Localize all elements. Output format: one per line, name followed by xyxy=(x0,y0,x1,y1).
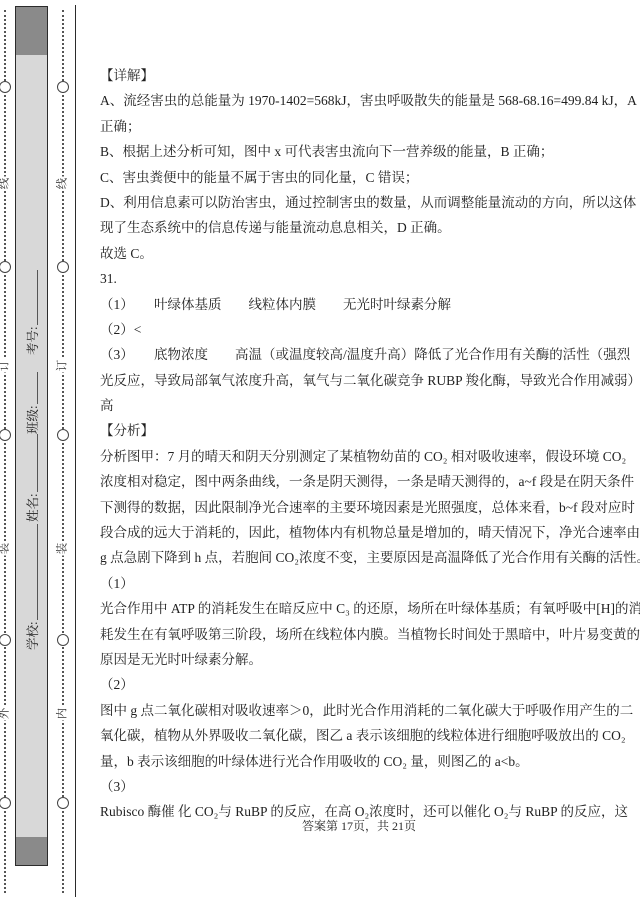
doc-line: 正确； xyxy=(100,114,618,139)
binding-ring xyxy=(57,81,69,93)
name-label: 姓名: xyxy=(24,494,42,522)
binding-ring xyxy=(0,797,11,809)
binding-mark-thread: 线 xyxy=(56,177,71,191)
exam-number-field: 考号: xyxy=(22,270,42,355)
binding-strip-dark-top xyxy=(16,7,47,55)
binding-mark-bind: 装 xyxy=(56,542,71,556)
doc-line: 分析图甲：7 月的晴天和阴天分别测定了某植物幼苗的 CO₂ 相对吸收速率，假设环… xyxy=(100,444,618,469)
doc-line: 浓度相对稳定，图中两条曲线，一条是阴天测得，一条是晴天测得的，a~f 段是在阴天… xyxy=(100,469,618,494)
binding-ring xyxy=(0,634,11,646)
name-blank-line xyxy=(37,434,38,492)
binding-border-line xyxy=(75,5,76,897)
doc-line: 光合作用中 ATP 的消耗发生在暗反应中 C₃ 的还原，场所在叶绿体基质；有氧呼… xyxy=(100,596,618,621)
school-blank-line xyxy=(37,524,38,620)
binding-mark-outside: 外 xyxy=(0,707,13,721)
doc-line: （2）< xyxy=(100,317,618,342)
binding-ring xyxy=(57,797,69,809)
doc-line: D、利用信息素可以防治害虫，通过控制害虫的数量，从而调整能量流动的方向，所以这体 xyxy=(100,190,618,215)
doc-line: C、害虫粪便中的能量不属于害虫的同化量，C 错误； xyxy=(100,165,618,190)
exam-answer-page: 考号: 班级: 姓名: 学校: 线 订 装 外 线 订 装 内 【详解】 A、流… xyxy=(0,0,640,899)
binding-ring xyxy=(0,429,11,441)
binding-ring xyxy=(0,261,11,273)
doc-line: 图中 g 点二氧化碳相对吸收速率＞0，此时光合作用消耗的二氧化碳大于呼吸作用产生… xyxy=(100,698,618,723)
doc-line: （1） xyxy=(100,571,618,596)
binding-dotted-line-inner xyxy=(62,10,64,893)
binding-mark-inside: 内 xyxy=(56,707,71,721)
doc-line: 故选 C。 xyxy=(100,241,618,266)
doc-line: 光反应，导致局部氧气浓度升高，氧气与二氧化碳竞争 RUBP 羧化酶，导致光合作用… xyxy=(100,368,618,393)
doc-line: 高 xyxy=(100,393,618,418)
doc-line: 氧化碳，植物从外界吸收二氧化碳，图乙 a 表示该细胞的线粒体进行细胞呼吸放出的 … xyxy=(100,723,618,748)
class-label: 班级: xyxy=(24,406,42,434)
binding-ring xyxy=(0,81,11,93)
section-header-detail: 【详解】 xyxy=(100,63,618,88)
class-field: 班级: xyxy=(22,372,42,434)
binding-strip-dark-bottom xyxy=(16,837,47,865)
doc-line: A、流经害虫的总能量为 1970-1402=568kJ，害虫呼吸散失的能量是 5… xyxy=(100,88,618,113)
exam-number-label: 考号: xyxy=(24,327,42,355)
question-number-31: 31. xyxy=(100,266,618,291)
binding-ring xyxy=(57,261,69,273)
binding-ring xyxy=(57,634,69,646)
doc-line: g 点急剧下降到 h 点，若胞间 CO₂浓度不变，主要原因是高温降低了光合作用有… xyxy=(100,545,618,570)
doc-line: 耗发生在有氧呼吸第三阶段，场所在线粒体内膜。当植物长时间处于黑暗中，叶片易变黄的 xyxy=(100,622,618,647)
doc-line: 量，b 表示该细胞的叶绿体进行光合作用吸收的 CO₂ 量，则图乙的 a<b。 xyxy=(100,749,618,774)
doc-line: B、根据上述分析可知，图中 x 可代表害虫流向下一营养级的能量，B 正确； xyxy=(100,139,618,164)
binding-mark-staple: 订 xyxy=(56,359,71,373)
class-blank-line xyxy=(37,372,38,404)
doc-line: （3） 底物浓度 高温（或温度较高/温度升高）降低了光合作用有关酶的活性（强烈 xyxy=(100,342,618,367)
doc-line: 段合成的远大于消耗的，因此，植物体内有机物总量是增加的，晴天情况下，净光合速率由 xyxy=(100,520,618,545)
exam-number-blank-line xyxy=(37,270,38,325)
binding-dotted-line-outer xyxy=(4,10,6,893)
doc-line: 下测得的数据，因此限制净光合速率的主要环境因素是光照强度，总体来看，b~f 段对… xyxy=(100,495,618,520)
section-header-analysis: 【分析】 xyxy=(100,418,618,443)
page-footer: 答案第 17页，共 21页 xyxy=(100,817,618,834)
doc-line: （2） xyxy=(100,672,618,697)
doc-line: （1） 叶绿体基质 线粒体内膜 无光时叶绿素分解 xyxy=(100,292,618,317)
binding-mark-staple: 订 xyxy=(0,359,13,373)
binding-mark-thread: 线 xyxy=(0,177,13,191)
doc-line: 原因是无光时叶绿素分解。 xyxy=(100,647,618,672)
school-label: 学校: xyxy=(24,622,42,650)
answer-text-block: 【详解】 A、流经害虫的总能量为 1970-1402=568kJ，害虫呼吸散失的… xyxy=(100,63,618,825)
doc-line: （3） xyxy=(100,774,618,799)
school-field: 学校: xyxy=(22,524,42,650)
doc-line: 现了生态系统中的信息传递与能量流动息息相关，D 正确。 xyxy=(100,215,618,240)
name-field: 姓名: xyxy=(22,434,42,522)
binding-mark-bind: 装 xyxy=(0,542,13,556)
binding-ring xyxy=(57,429,69,441)
